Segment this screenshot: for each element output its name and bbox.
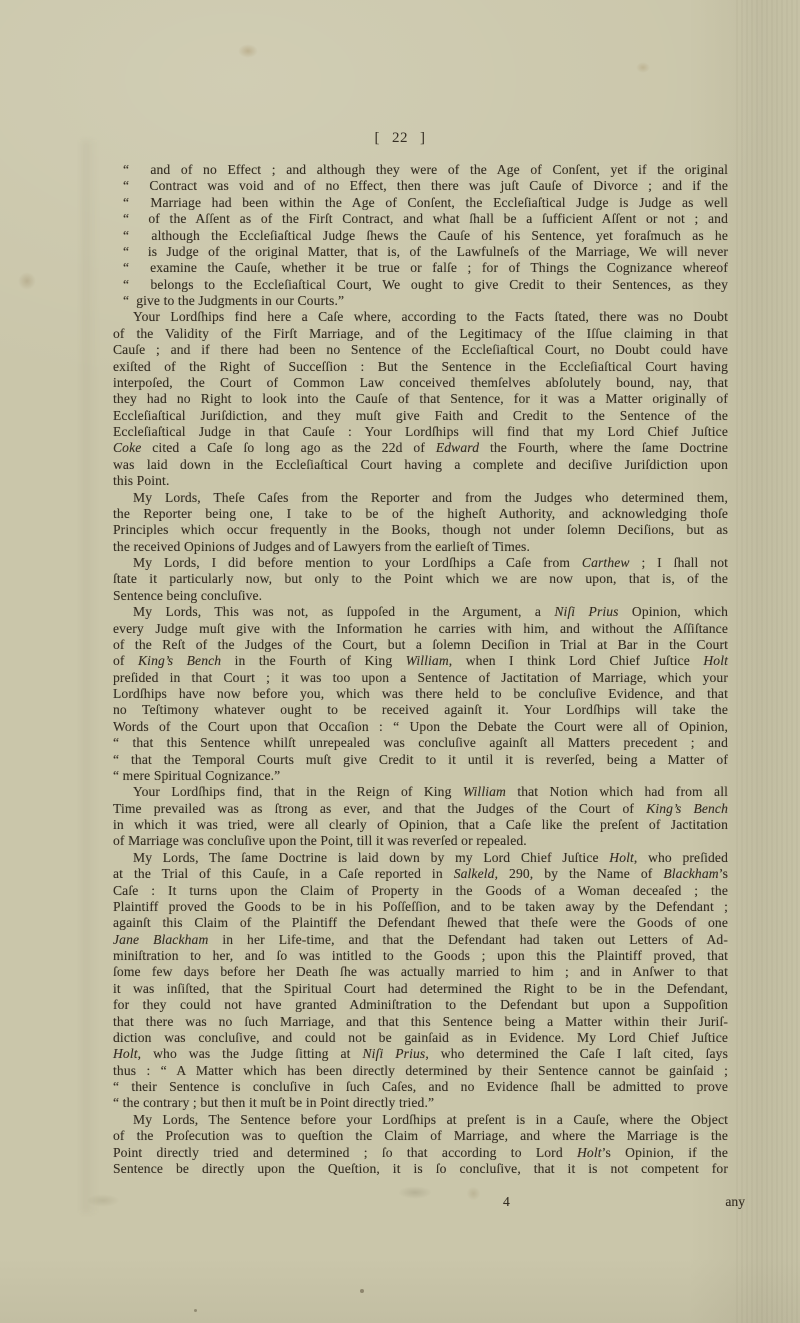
text-line: the Reporter being one, I take to be of … (113, 506, 728, 522)
page-footer: 4 any (113, 1194, 745, 1212)
signature-mark: 4 (503, 1194, 510, 1210)
text-line: of the Validity of the Firſt Marriage, a… (113, 326, 728, 342)
text-line: “ Marriage had been within the Age of Co… (123, 195, 728, 211)
text-line: of King’s Bench in the Fourth of King Wi… (113, 653, 728, 669)
text-line: of the Reſt of the Judges of the Court, … (113, 637, 728, 653)
text-line: Your Lordſhips find, that in the Reign o… (113, 784, 728, 800)
text-line: “ examine the Cauſe, whether it be true … (123, 260, 728, 276)
text-line: Point directly tried and determined ; ſo… (113, 1145, 728, 1161)
text-line: no Teſtimony whatever ought to be receiv… (113, 702, 728, 718)
text-line: againſt this Claim of the Plaintiff the … (113, 915, 728, 931)
text-line: “ the contrary ; but then it muſt be in … (113, 1095, 728, 1111)
page-edge-texture (736, 0, 800, 1323)
text-line: was laid down in the Eccleſiaſtical Cour… (113, 457, 728, 473)
text-line: the received Opinions of Judges and of L… (113, 539, 728, 555)
text-line: for they could not have granted Adminiſt… (113, 997, 728, 1013)
text-line: miniſtration to her, and ſo was intitled… (113, 948, 728, 964)
text-line: diction was concluſive, and could not be… (113, 1030, 728, 1046)
text-line: Words of the Court upon that Occaſion : … (113, 719, 728, 735)
text-line: at the Trial of this Cauſe, in a Caſe re… (113, 866, 728, 882)
text-line: in which it was tried, were all clearly … (113, 817, 728, 833)
ink-speck (194, 1309, 197, 1312)
text-line: exiſted of the Right of Succeſſion : But… (113, 359, 728, 375)
text-line: preſided in that Court ; it was too upon… (113, 670, 728, 686)
text-line: “ is Judge of the original Matter, that … (123, 244, 728, 260)
text-line: My Lords, This was not, as ſuppoſed in t… (113, 604, 728, 620)
text-line: ſome few days before her Death ſhe was a… (113, 964, 728, 980)
page-text: “ and of no Effect ; and although they w… (113, 162, 728, 1177)
text-line: Caſe : It turns upon the Claim of Proper… (113, 883, 728, 899)
text-line: that there was no ſuch Marriage, and tha… (113, 1014, 728, 1030)
text-line: Principles which occur frequently in the… (113, 522, 728, 538)
text-line: “ belongs to the Eccleſiaſtical Court, W… (123, 277, 728, 293)
text-line: of Marriage was concluſive upon the Poin… (113, 833, 728, 849)
text-line: My Lords, The Sentence before your Lordſ… (113, 1112, 728, 1128)
text-line: Eccleſiaſtical Judge in that Cauſe : You… (113, 424, 728, 440)
ink-speck (360, 1289, 364, 1293)
text-line: Holt, who was the Judge ſitting at Niſi … (113, 1046, 728, 1062)
foxing-stain (18, 272, 36, 290)
text-line: ſtate it particularly now, but only to t… (113, 571, 728, 587)
text-line: “ that this Sentence whilſt unrepealed w… (113, 735, 728, 751)
text-line: interpoſed, the Court of Common Law conc… (113, 375, 728, 391)
text-line: thus : “ A Matter which has been directl… (113, 1063, 728, 1079)
text-line: Coke cited a Caſe ſo long ago as the 22d… (113, 440, 728, 456)
text-line: Jane Blackham in her Life-time, and that… (113, 932, 728, 948)
text-line: Eccleſiaſtical Juriſdiction, and they mu… (113, 408, 728, 424)
text-line: “ that the Temporal Courts muſt give Cre… (113, 752, 728, 768)
text-line: My Lords, Theſe Caſes from the Reporter … (113, 490, 728, 506)
gutter-shadow (82, 140, 98, 1213)
text-line: “ although the Eccleſiaſtical Judge ſhew… (123, 228, 728, 244)
text-line: this Point. (113, 473, 728, 489)
text-line: Time prevailed was as ſtrong as ever, an… (113, 801, 728, 817)
text-line: “ and of no Effect ; and although they w… (123, 162, 728, 178)
page-number: 22 (392, 130, 408, 146)
catchword: any (725, 1194, 745, 1210)
page-number-header: [22] (0, 129, 800, 148)
page-number-bracket-left: [ (375, 130, 381, 146)
text-line: “ Contract was void and of no Effect, th… (123, 178, 728, 194)
foxing-stain (636, 62, 650, 73)
text-line: they had no Right to look into the Cauſe… (113, 391, 728, 407)
page-number-bracket-right: ] (420, 130, 426, 146)
text-line: “ of the Aſſent as of the Firſt Contract… (123, 211, 728, 227)
text-line: Sentence being concluſive. (113, 588, 728, 604)
text-line: Cauſe ; and if there had been no Sentenc… (113, 342, 728, 358)
text-line: it was inſiſted, that the Spiritual Cour… (113, 981, 728, 997)
text-line: “ give to the Judgments in our Courts.” (123, 293, 728, 309)
text-line: Your Lordſhips find here a Caſe where, a… (113, 309, 728, 325)
text-line: Sentence be directly upon the Queſtion, … (113, 1161, 728, 1177)
text-line: My Lords, I did before mention to your L… (113, 555, 728, 571)
text-line: Plaintiff proved the Goods to be in his … (113, 899, 728, 915)
text-line: “ their Sentence is concluſive in ſuch C… (113, 1079, 728, 1095)
text-line: Lordſhips have now before you, which was… (113, 686, 728, 702)
text-line: “ mere Spiritual Cognizance.” (113, 768, 728, 784)
text-line: My Lords, The ſame Doctrine is laid down… (113, 850, 728, 866)
book-page: [22] “ and of no Effect ; and although t… (0, 0, 800, 1323)
foxing-stain (238, 44, 258, 58)
text-line: of the Proſecution was to queſtion the C… (113, 1128, 728, 1144)
text-line: every Judge muſt give with the Informati… (113, 621, 728, 637)
